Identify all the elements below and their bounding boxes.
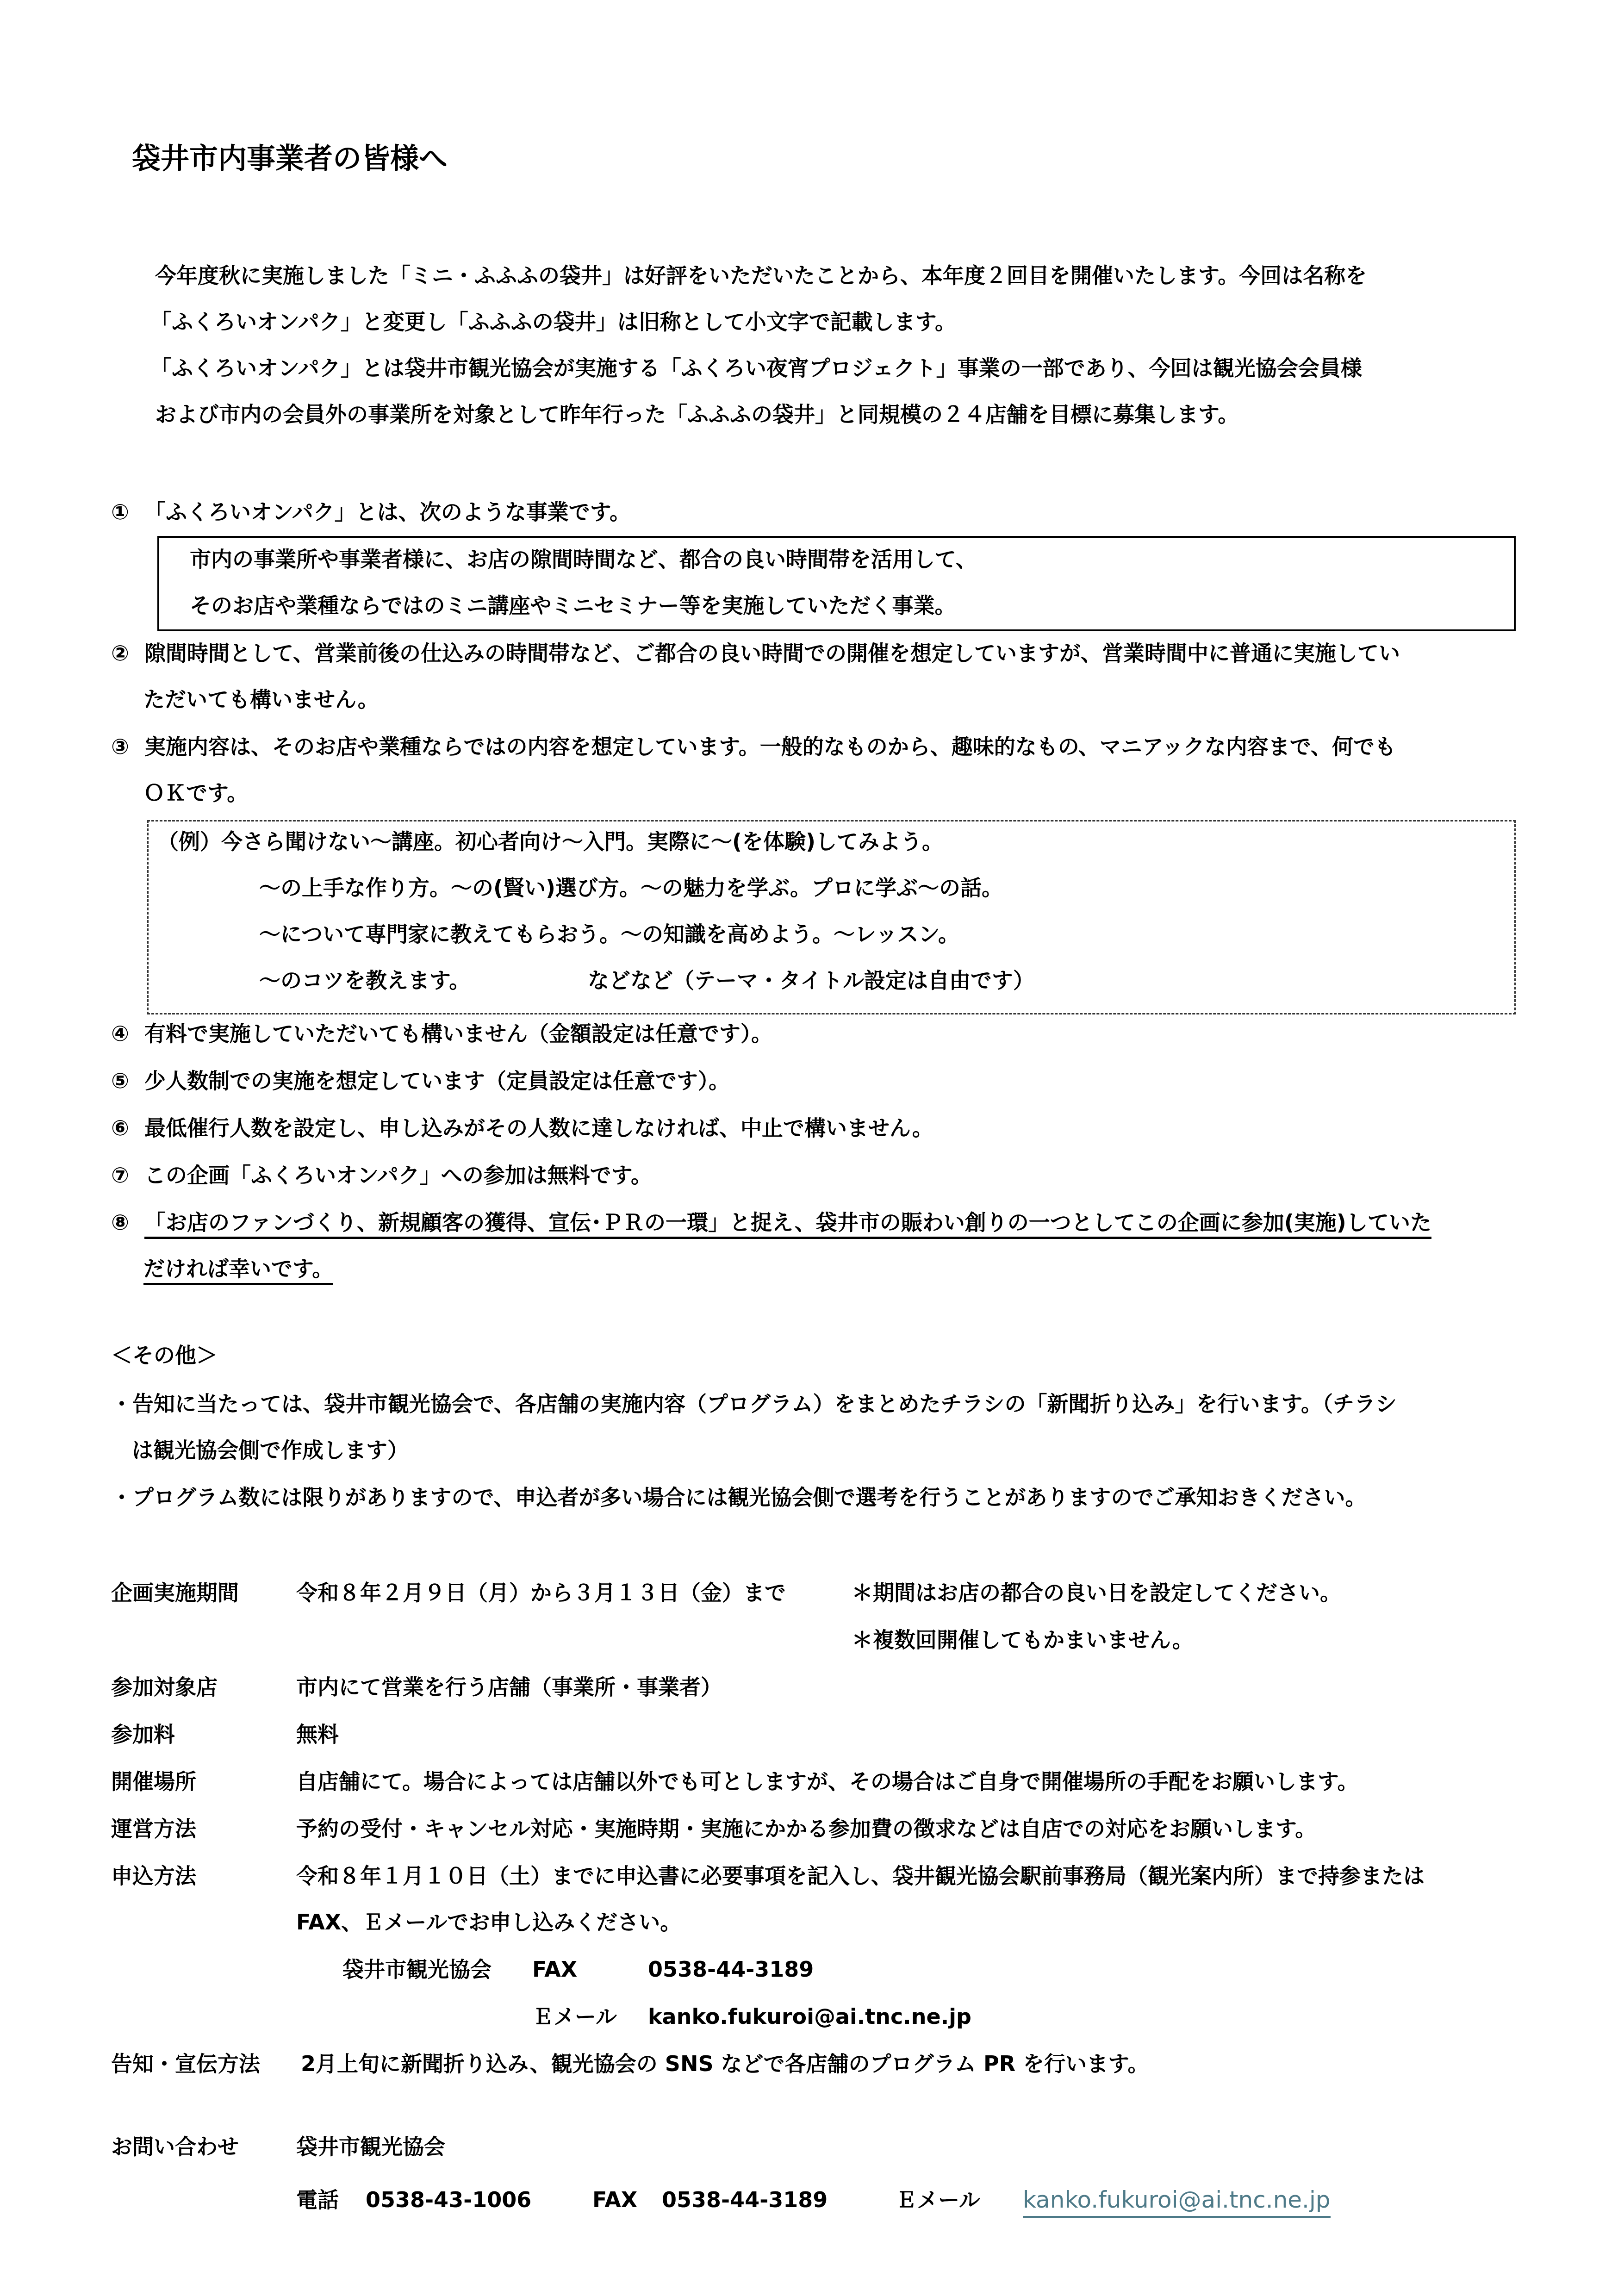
item-3-text: 実施内容は、そのお店や業種ならではの内容を想定しています。一般的なものから、趣味… [144, 736, 1396, 757]
detail-value: 無料 [296, 1724, 339, 1745]
item-7-number: ⑦ [111, 1164, 129, 1186]
contact-email-label: Ｅメール [896, 2189, 980, 2210]
detail-value: 2月上旬に新聞折り込み、観光協会の SNS などで各店舗のプログラム PR を行… [301, 2053, 1149, 2074]
item-2-number: ② [111, 642, 129, 664]
item-6-text: 最低催行人数を設定し、申し込みがその人数に達しなければ、中止で構いません。 [144, 1117, 933, 1139]
detail-label: 申込方法 [111, 1865, 196, 1886]
contact-tel: 0538-43-1006 [366, 2189, 531, 2210]
definition-line-2: そのお店や業種ならではのミニ講座やミニセミナー等を実施していただく事業。 [190, 595, 956, 616]
detail-value: 令和８年１月１０日（土）までに申込書に必要事項を記入し、袋井観光協会駅前事務局（… [296, 1865, 1425, 1886]
definition-line-1: 市内の事業所や事業者様に、お店の隙間時間など、都合の良い時間帯を活用して、 [190, 548, 977, 570]
example-line-4: ～のコツを教えます。 [259, 970, 470, 991]
detail-label: 告知・宣伝方法 [111, 2053, 260, 2074]
item-5-number: ⑤ [111, 1070, 129, 1091]
other-bullet-2: ・プログラム数には限りがありますので、申込者が多い場合には観光協会側で選考を行う… [111, 1487, 1367, 1508]
contact-fax-label: FAX [592, 2189, 637, 2210]
other-bullet-1-continued: は観光協会側で作成します） [132, 1439, 409, 1461]
contact-fax: 0538-44-3189 [662, 2189, 828, 2210]
other-heading: ＜その他＞ [111, 1344, 218, 1366]
item-8-number: ⑧ [111, 1212, 129, 1233]
contact-email-link[interactable]: kanko.fukuroi@ai.tnc.ne.jp [1023, 2188, 1331, 2218]
detail-value-continued: FAX、Ｅメールでお申し込みください。 [296, 1911, 681, 1933]
item-text: 「ふくろいオンパク」とは、次のような事業です。 [144, 501, 631, 523]
contact-label: お問い合わせ [111, 2136, 239, 2157]
detail-label: 運営方法 [111, 1818, 196, 1839]
detail-value: 市内にて営業を行う店舗（事業所・事業者） [296, 1676, 722, 1698]
intro-line-2: 「ふくろいオンパク」と変更し「ふふふの袋井」は旧称として小文字で記載します。 [150, 311, 956, 332]
item-7-text: この企画「ふくろいオンパク」への参加は無料です。 [144, 1164, 652, 1186]
apply-fax: 0538-44-3189 [648, 1959, 814, 1980]
intro-line-4: および市内の会員外の事業所を対象として昨年行った「ふふふの袋井」と同規模の２４店… [155, 404, 1239, 425]
item-8-text: 「お店のファンづくり、新規顧客の獲得、宣伝･ＰＲの一環」と捉え、袋井市の賑わい創… [144, 1212, 1431, 1239]
detail-label: 参加料 [111, 1724, 175, 1745]
item-2-text: 隙間時間として、営業前後の仕込みの時間帯など、ご都合の良い時間での開催を想定して… [144, 642, 1400, 664]
contact-org: 袋井市観光協会 [296, 2136, 445, 2157]
apply-email: kanko.fukuroi@ai.tnc.ne.jp [648, 2006, 971, 2027]
page-title: 袋井市内事業者の皆様へ [132, 144, 448, 173]
contact-tel-label: 電話 [296, 2189, 339, 2210]
detail-value: 自店舗にて。場合によっては店舗以外でも可としますが、その場合はご自身で開催場所の… [296, 1771, 1358, 1792]
intro-line-1: 今年度秋に実施しました「ミニ・ふふふの袋井」は好評をいただいたことから、本年度２… [155, 265, 1367, 286]
other-bullet-1: ・告知に当たっては、袋井市観光協会で、各店舗の実施内容（プログラム）をまとめたチ… [111, 1393, 1397, 1414]
item-4-number: ④ [111, 1023, 129, 1044]
item-3-continued: ＯＫです。 [143, 782, 248, 803]
detail-note: ＊複数回開催してもかまいません。 [852, 1629, 1194, 1650]
intro-line-3: 「ふくろいオンパク」とは袋井市観光協会が実施する「ふくろい夜宵プロジェクト」事業… [150, 357, 1362, 379]
example-line-4-note: などなど（テーマ・タイトル設定は自由です） [588, 970, 1034, 991]
item-6-number: ⑥ [111, 1117, 129, 1139]
item-5-text: 少人数制での実施を想定しています（定員設定は任意です）。 [144, 1070, 730, 1091]
item-2-continued: ただいても構いません。 [143, 689, 379, 710]
example-line-3: ～について専門家に教えてもらおう。～の知識を高めよう。～レッスン。 [259, 923, 959, 945]
apply-org: 袋井市観光協会 [342, 1959, 492, 1980]
detail-value: 予約の受付・キャンセル対応・実施時期・実施にかかる参加費の徴求などは自店での対応… [296, 1818, 1316, 1839]
detail-value: 令和８年２月９日（月）から３月１３日（金）まで [296, 1582, 786, 1603]
item-3-number: ③ [111, 736, 129, 757]
example-line-1: （例）今さら聞けない～講座。初心者向け～入門。実際に～(を体験)してみよう。 [157, 831, 943, 852]
detail-note: ＊期間はお店の都合の良い日を設定してください。 [852, 1582, 1341, 1603]
detail-label: 企画実施期間 [111, 1582, 239, 1603]
detail-label: 参加対象店 [111, 1676, 218, 1698]
item-8-continued: だければ幸いです。 [143, 1258, 333, 1285]
apply-email-label: Ｅメール [532, 2006, 617, 2027]
example-line-2: ～の上手な作り方。～の(賢い)選び方。～の魅力を学ぶ。プロに学ぶ～の話。 [259, 877, 1003, 898]
item-4-text: 有料で実施していただいても構いません（金額設定は任意です）。 [144, 1023, 772, 1044]
item-number: ① [111, 501, 129, 523]
detail-label: 開催場所 [111, 1771, 196, 1792]
apply-fax-label: FAX [532, 1959, 577, 1980]
